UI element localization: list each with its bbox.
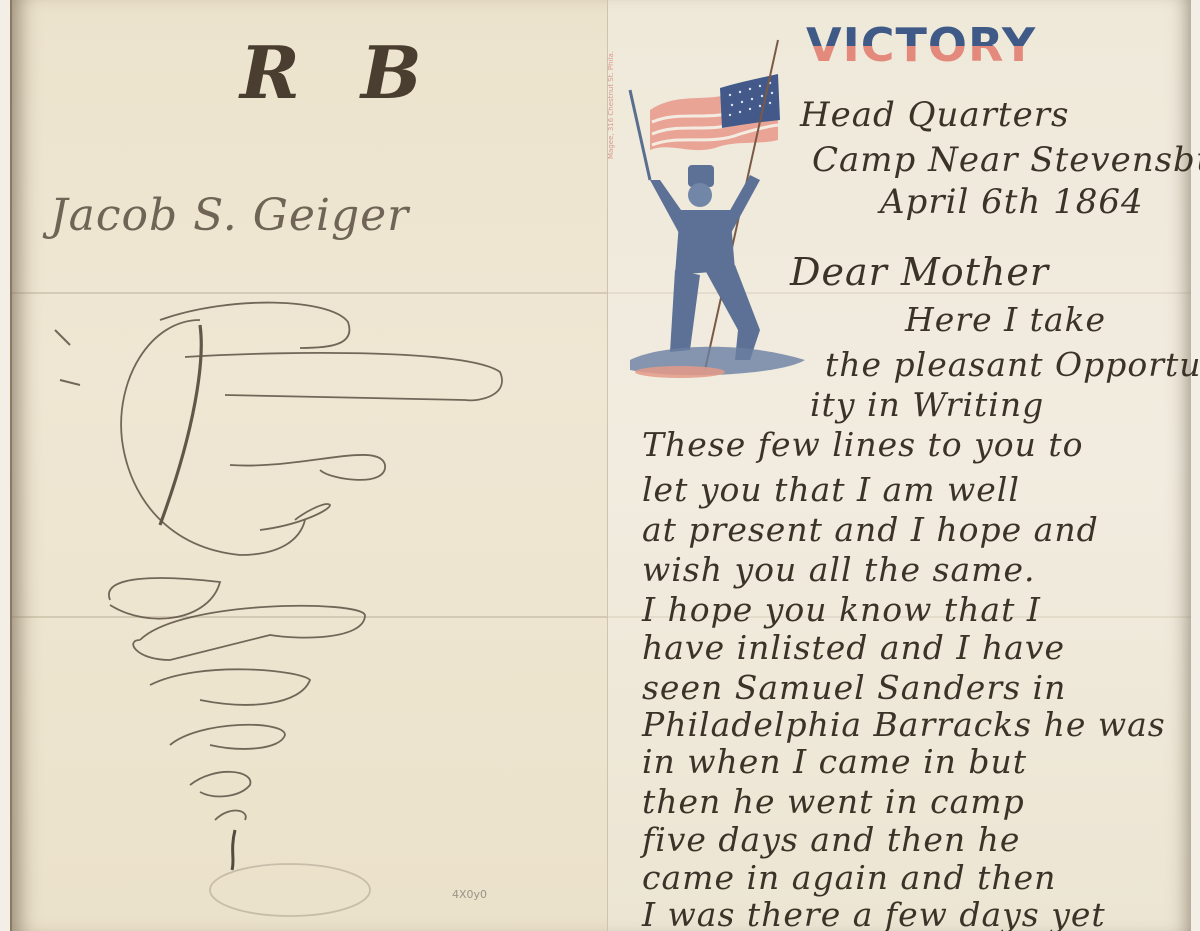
letter-line: the pleasant Opportun — [825, 345, 1200, 384]
penmanship-flourish-icon — [0, 0, 610, 931]
letter-line: Philadelphia Barracks he was — [642, 705, 1166, 744]
letter-line: have inlisted and I have — [642, 628, 1065, 667]
letter-line: ity in Writing — [810, 385, 1044, 424]
salutation: Dear Mother — [790, 250, 1049, 294]
printer-imprint: Magee, 316 Chestnut St. Phila. — [607, 20, 621, 190]
pencil-note: 4X0y0 — [452, 888, 487, 901]
heading-camp: Camp Near Stevensburg — [812, 140, 1200, 180]
letter-line: Here I take — [905, 300, 1106, 339]
letter-line: five days and then he — [642, 820, 1020, 859]
letter-line: These few lines to you to — [642, 425, 1084, 464]
union-soldier-with-flag-icon — [620, 30, 810, 390]
letter-line: seen Samuel Sanders in — [642, 668, 1066, 707]
letter-line: then he went in camp — [642, 782, 1025, 821]
heading-date: April 6th 1864 — [880, 182, 1144, 222]
letter-line: let you that I am well — [642, 470, 1020, 509]
victory-banner: VICTORY — [806, 18, 1036, 72]
letter-line: in when I came in but — [642, 742, 1027, 781]
letter-line: came in again and then — [642, 858, 1056, 897]
letter-line: I hope you know that I — [642, 590, 1041, 629]
letter-line: at present and I hope and — [642, 510, 1099, 549]
letter-line: wish you all the same. — [642, 550, 1035, 589]
letter-line: I was there a few days yet — [642, 895, 1106, 931]
heading-location: Head Quarters — [800, 95, 1069, 135]
